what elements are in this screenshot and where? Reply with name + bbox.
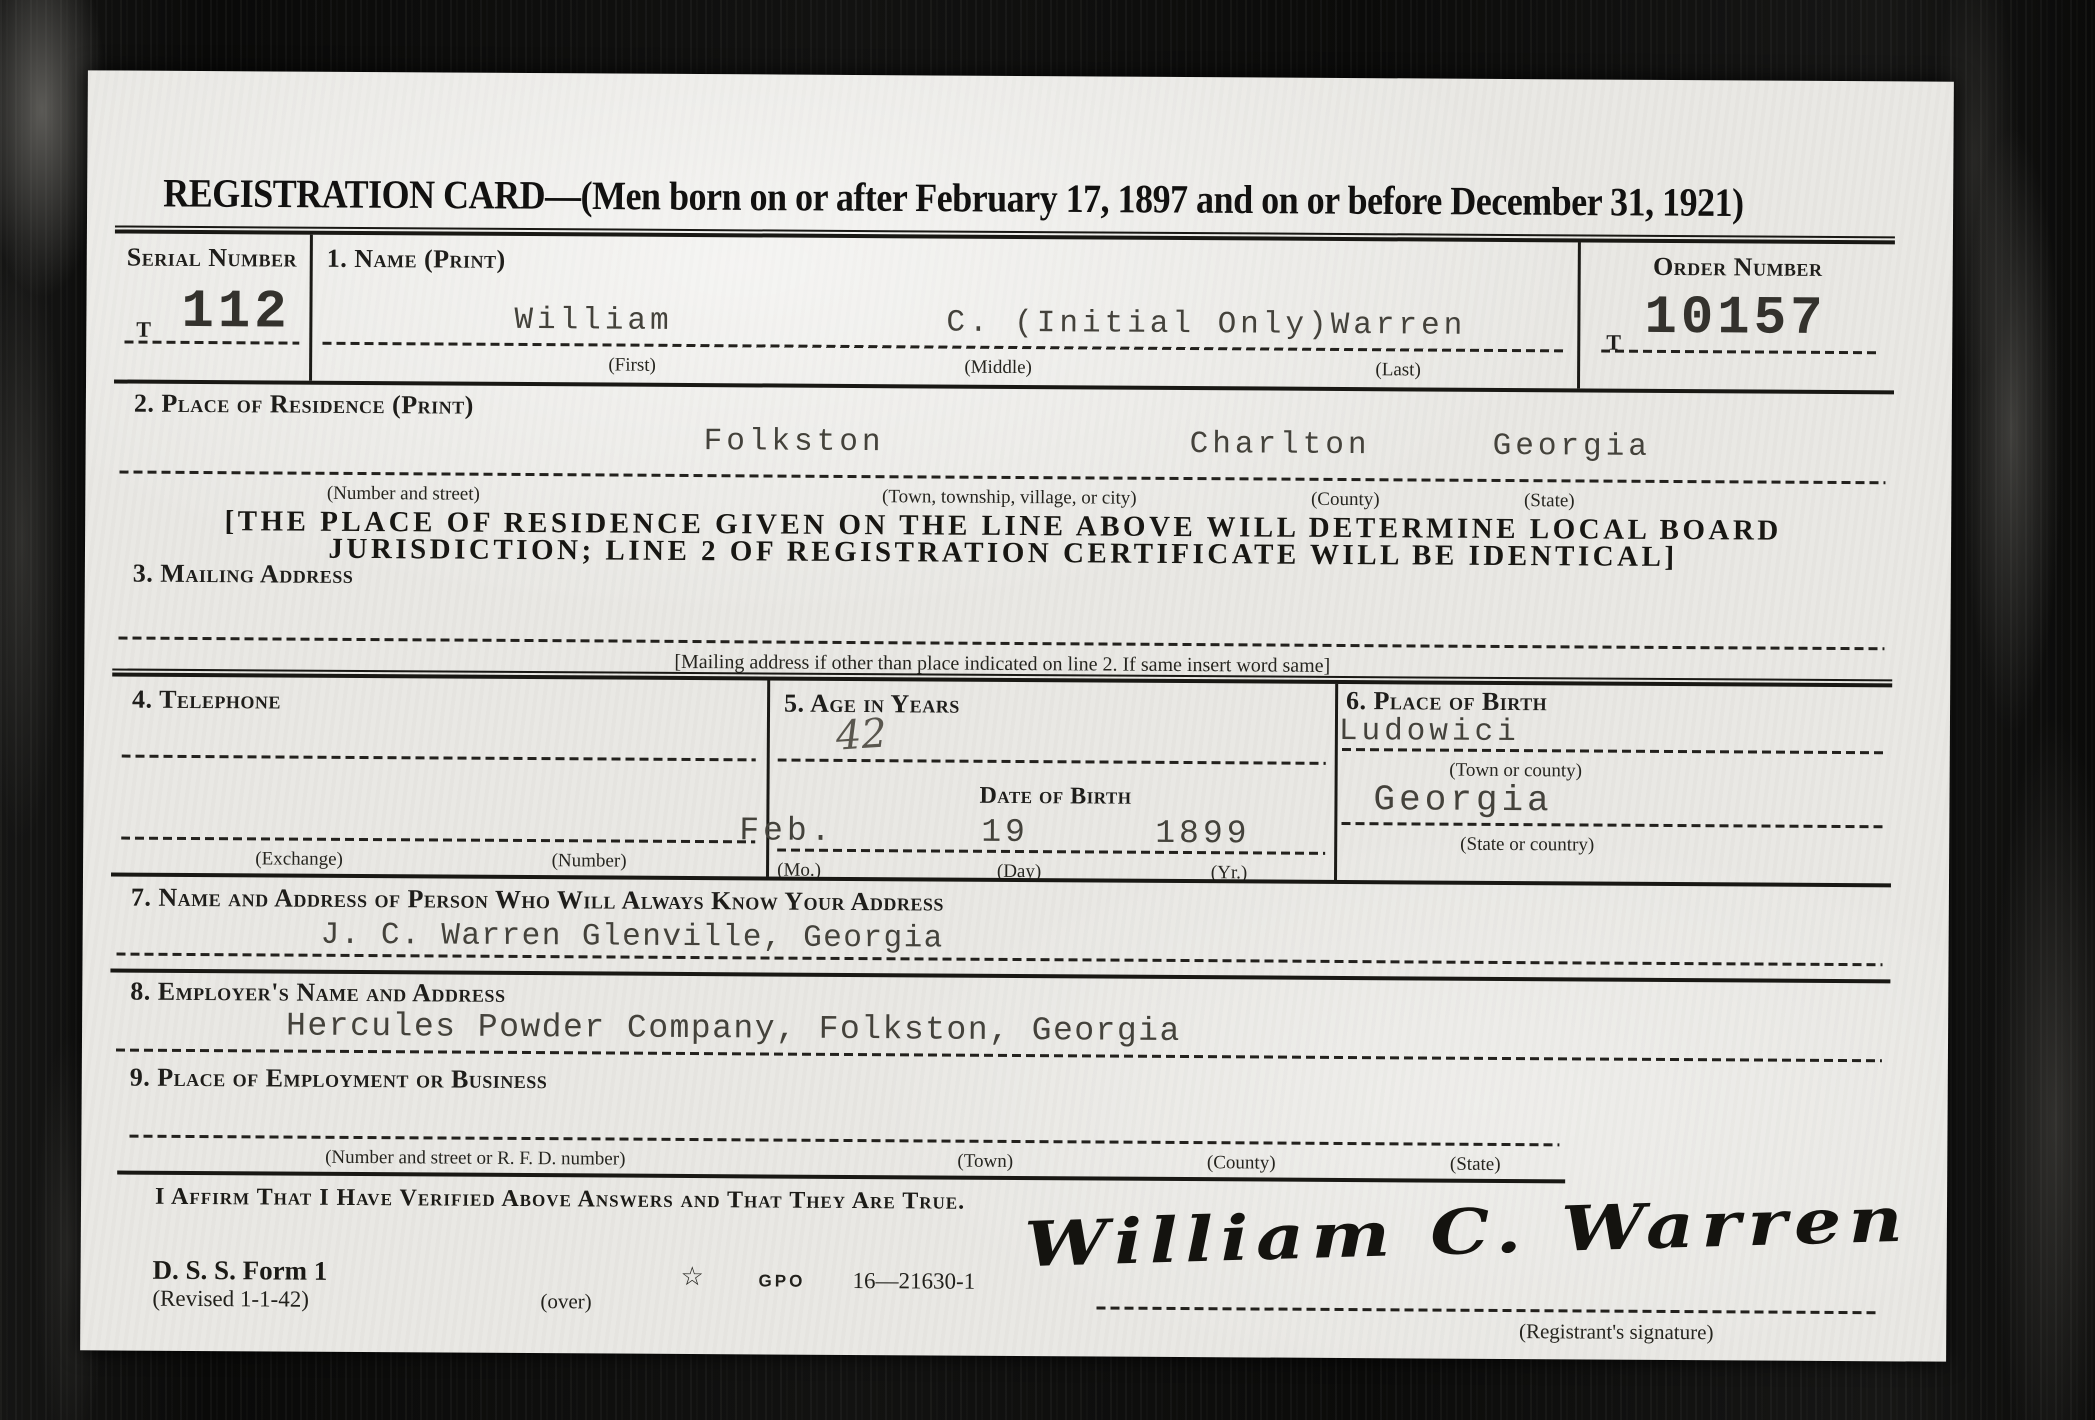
birthplace-label: 6. Place of Birth	[1346, 688, 1547, 715]
serial-name-divider	[309, 235, 313, 381]
employment-fill-line	[129, 1135, 1559, 1147]
mailing-address-label: 3. Mailing Address	[133, 561, 354, 588]
residence-town-value: Folkston	[704, 426, 885, 458]
gpo-mark: GPO	[758, 1272, 805, 1289]
order-number-label: Order Number	[1598, 254, 1878, 282]
name-first-value: William	[514, 305, 672, 337]
telephone-exchange-sublabel: (Exchange)	[219, 849, 379, 869]
employment-label: 9. Place of Employment or Business	[130, 1065, 548, 1094]
contact-value: J. C. Warren Glenville, Georgia	[321, 920, 944, 955]
name-last-sublabel: (Last)	[1338, 360, 1458, 380]
telephone-fill-line-1	[122, 755, 756, 762]
residence-state-sublabel: (State)	[1474, 491, 1624, 511]
name-fill-line	[322, 342, 1566, 353]
date-of-birth-label: Date of Birth	[776, 783, 1334, 810]
birth-day-value: 19	[981, 816, 1029, 849]
employment-town-sublabel: (Town)	[905, 1151, 1065, 1171]
serial-prefix: T	[136, 319, 151, 341]
birthplace-state-value: Georgia	[1373, 782, 1552, 819]
employer-label: 8. Employer's Name and Address	[130, 979, 505, 1007]
residence-state-value: Georgia	[1493, 431, 1651, 463]
signature-sublabel: (Registrant's signature)	[1416, 1320, 1816, 1343]
form-number: D. S. S. Form 1	[153, 1257, 328, 1285]
screenshot-stage: REGISTRATION CARD—(Men born on or after …	[0, 0, 2095, 1420]
serial-fill-line	[124, 341, 299, 345]
birthplace-state-sublabel: (State or country)	[1407, 834, 1647, 854]
age-birthplace-divider	[1334, 684, 1338, 880]
serial-number-label: Serial Number	[127, 245, 297, 272]
card-title: REGISTRATION CARD—(Men born on or after …	[163, 173, 1744, 223]
mailing-fill-line	[118, 637, 1884, 651]
name-middle-sublabel: (Middle)	[938, 358, 1058, 378]
name-order-divider	[1577, 242, 1581, 388]
telephone-fill-line-2	[121, 837, 755, 844]
name-middle-last-value: C. (Initial Only)Warren	[946, 308, 1466, 342]
residence-label: 2. Place of Residence (Print)	[134, 391, 474, 419]
print-code: 16—21630-1	[852, 1269, 975, 1293]
serial-number-value: 112	[181, 286, 291, 341]
age-fill-line	[778, 759, 1326, 765]
row9-bottom-rule	[117, 1171, 1565, 1184]
age-value: 42	[835, 713, 888, 756]
name-first-sublabel: (First)	[572, 355, 692, 375]
residence-county-sublabel: (County)	[1270, 490, 1420, 510]
birth-month-value: Feb.	[739, 814, 834, 848]
birthplace-fill-line-2	[1341, 822, 1883, 828]
birthplace-town-value: Ludowici	[1339, 716, 1520, 748]
employer-value: Hercules Powder Company, Folkston, Georg…	[286, 1010, 1181, 1048]
contact-label: 7. Name and Address of Person Who Will A…	[131, 885, 944, 916]
birthplace-town-sublabel: (Town or county)	[1396, 760, 1636, 780]
over-note: (over)	[540, 1291, 591, 1312]
registration-card: REGISTRATION CARD—(Men born on or after …	[80, 70, 1954, 1361]
title-rule	[115, 225, 1895, 244]
order-fill-line	[1601, 350, 1879, 355]
registrant-signature: William C. Warren	[1024, 1189, 1911, 1276]
contact-fill-line	[117, 953, 1883, 967]
order-number-value: 10157	[1644, 292, 1826, 347]
employer-fill-line	[116, 1049, 1882, 1063]
affirmation-text: I Affirm That I Have Verified Above Answ…	[155, 1185, 965, 1214]
form-revision: (Revised 1-1-42)	[152, 1287, 309, 1311]
employment-street-sublabel: (Number and street or R. F. D. number)	[275, 1147, 675, 1168]
telephone-label: 4. Telephone	[132, 687, 281, 714]
signature-fill-line	[1096, 1306, 1880, 1314]
residence-street-sublabel: (Number and street)	[253, 483, 553, 504]
name-label: 1. Name (Print)	[327, 246, 506, 273]
employment-county-sublabel: (County)	[1161, 1153, 1321, 1173]
residence-county-value: Charlton	[1190, 429, 1371, 461]
birth-year-value: 1899	[1155, 817, 1250, 851]
telephone-number-sublabel: (Number)	[509, 851, 669, 871]
star-icon: ☆	[680, 1264, 703, 1290]
residence-town-sublabel: (Town, township, village, or city)	[859, 487, 1159, 508]
birthplace-fill-line-1	[1342, 748, 1884, 754]
employment-state-sublabel: (State)	[1395, 1154, 1555, 1174]
